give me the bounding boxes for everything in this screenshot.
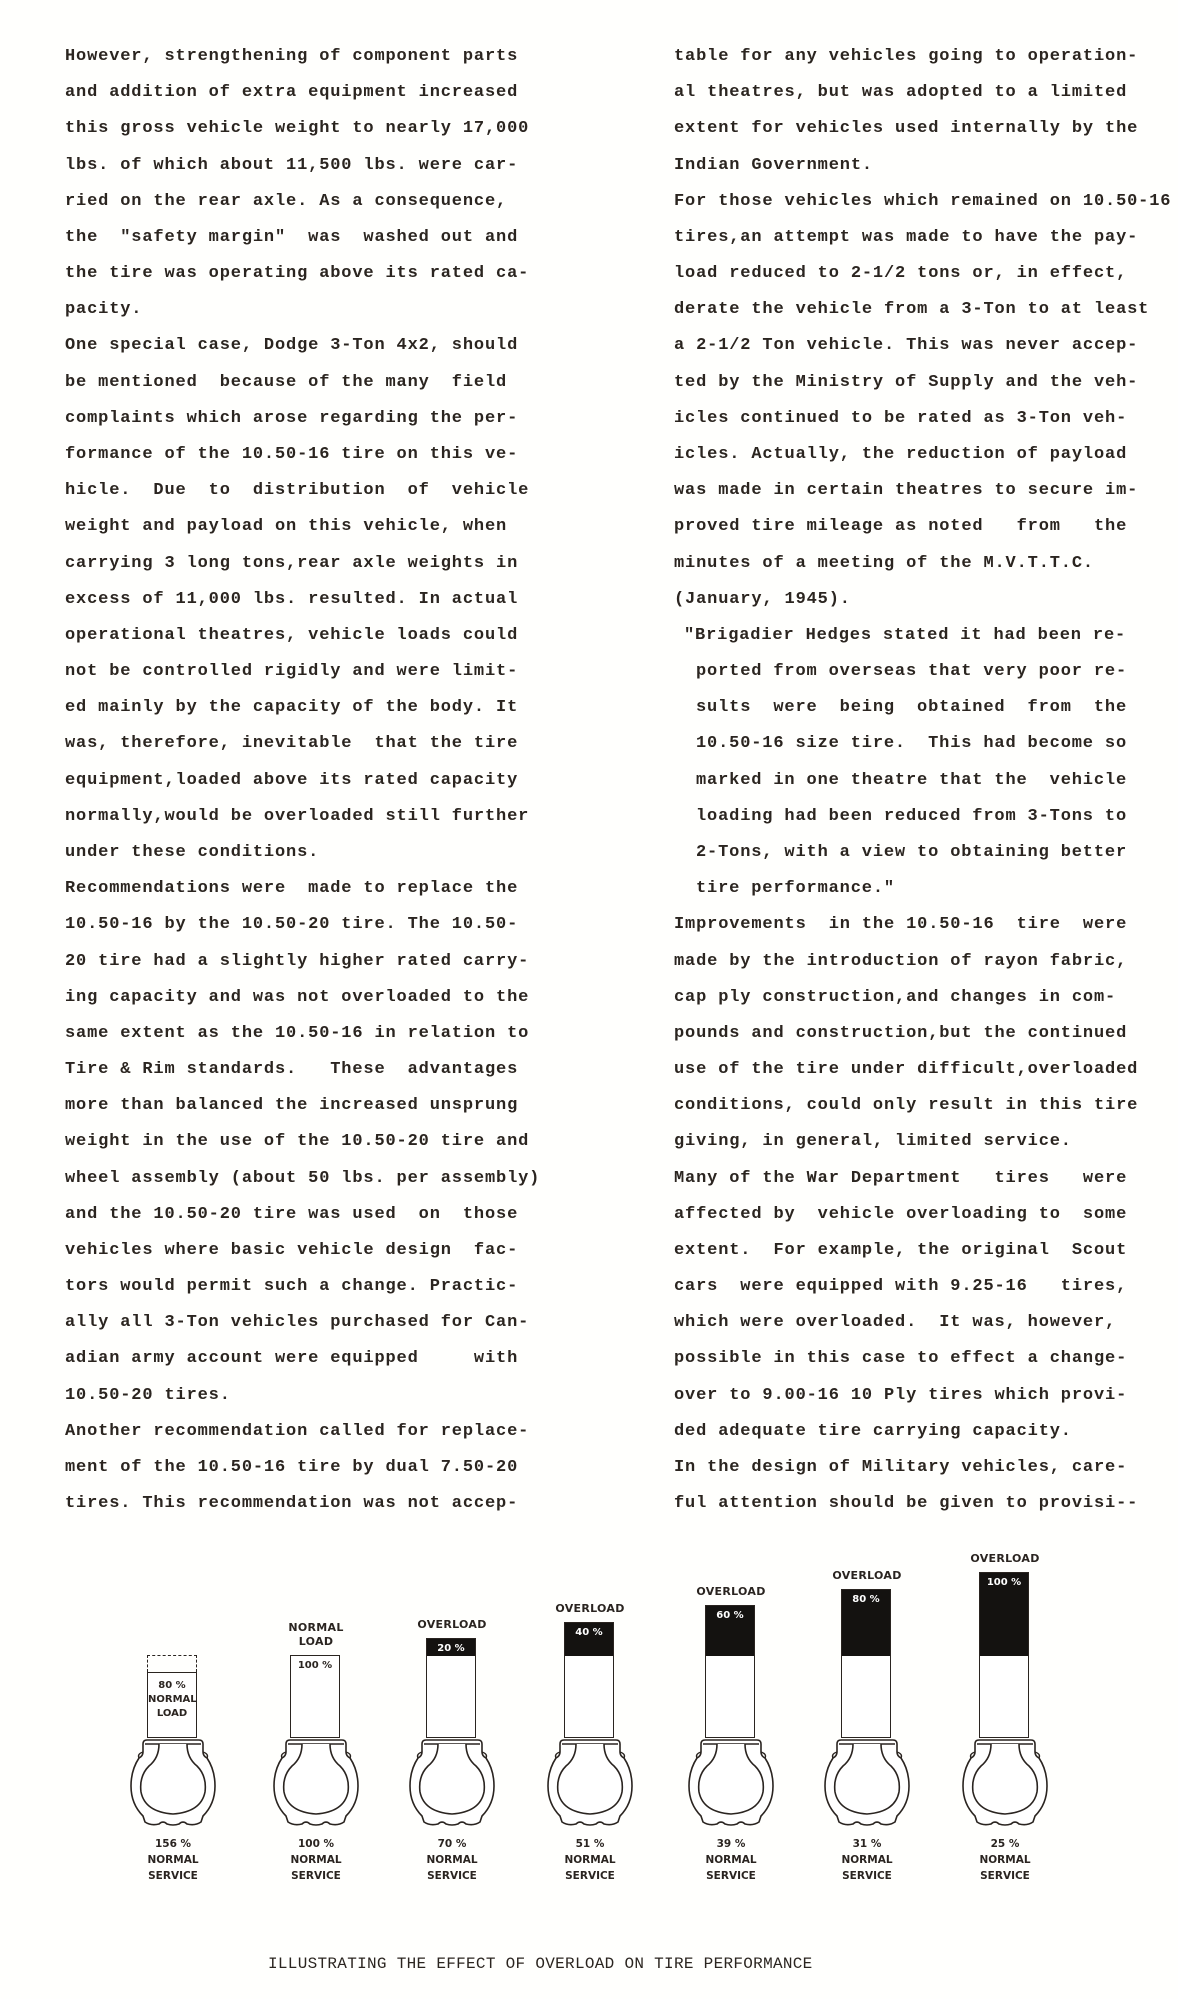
text-line: ted by the Ministry of Supply and the ve… [674, 373, 1138, 393]
text-line: table for any vehicles going to operatio… [674, 47, 1138, 67]
text-line: loading had been reduced from 3-Tons to [696, 807, 1127, 827]
load-percent-label: 80 % [842, 1594, 890, 1606]
load-label: OVERLOAD [392, 1618, 512, 1632]
load-percent-label: 100 % [980, 1577, 1028, 1589]
text-line: the "safety margin" was washed out and [65, 228, 518, 248]
service-label-2: SERVICE [945, 1868, 1065, 1884]
text-line: operational theatres, vehicle loads coul… [65, 626, 518, 646]
text-line: tires,an attempt was made to have the pa… [674, 228, 1138, 248]
text-line: load reduced to 2-1/2 tons or, in effect… [674, 264, 1127, 284]
text-line: 2-Tons, with a view to obtaining better [696, 843, 1127, 863]
text-line: One special case, Dodge 3-Ton 4x2, shoul… [65, 336, 518, 356]
text-line: same extent as the 10.50-16 in relation … [65, 1024, 529, 1044]
text-line: conditions, could only result in this ti… [674, 1096, 1138, 1116]
text-line: more than balanced the increased unsprun… [65, 1096, 518, 1116]
text-line: was made in certain theatres to secure i… [674, 481, 1138, 501]
text-line: icles. Actually, the reduction of payloa… [674, 445, 1127, 465]
text-line: "Brigadier Hedges stated it had been re- [684, 626, 1126, 646]
text-line: this gross vehicle weight to nearly 17,0… [65, 119, 529, 139]
service-label-1: NORMAL [807, 1852, 927, 1868]
load-percent-label: 40 % [565, 1627, 613, 1639]
service-percent: 51 % [530, 1836, 650, 1852]
text-line: lbs. of which about 11,500 lbs. were car… [65, 156, 518, 176]
load-percent-label: 20 % [427, 1643, 475, 1655]
load-label: OVERLOAD [945, 1552, 1065, 1566]
text-line: hicle. Due to distribution of vehicle [65, 481, 529, 501]
service-label-2: SERVICE [113, 1868, 233, 1884]
text-line: (January, 1945). [674, 590, 851, 610]
tire-cross-section-icon [129, 1736, 217, 1828]
load-bar: 20 % [426, 1638, 476, 1738]
text-line: and the 10.50-20 tire was used on those [65, 1205, 518, 1225]
tire-cross-section-icon [272, 1736, 360, 1828]
tire-cross-section-icon [961, 1736, 1049, 1828]
text-line: tors would permit such a change. Practic… [65, 1277, 518, 1297]
tire-illustration: 80 %NORMALLOAD 156 %NORMALSERVICE [113, 1540, 233, 1900]
service-label-1: NORMAL [256, 1852, 376, 1868]
text-line: 10.50-16 by the 10.50-20 tire. The 10.50… [65, 915, 518, 935]
document-page: However, strengthening of component part… [0, 0, 1178, 1999]
text-line: tires. This recommendation was not accep… [65, 1494, 518, 1514]
service-life-label: 51 %NORMALSERVICE [530, 1836, 650, 1884]
service-label-2: SERVICE [256, 1868, 376, 1884]
text-line: be mentioned because of the many field [65, 373, 507, 393]
load-bar: 100 % [290, 1655, 340, 1738]
service-life-label: 156 %NORMALSERVICE [113, 1836, 233, 1884]
text-line: marked in one theatre that the vehicle [696, 771, 1127, 791]
tire-illustration: OVERLOAD100 % 25 %NORMALSERVICE [945, 1540, 1065, 1900]
text-line: vehicles where basic vehicle design fac- [65, 1241, 518, 1261]
service-label-2: SERVICE [392, 1868, 512, 1884]
text-line: and addition of extra equipment increase… [65, 83, 518, 103]
load-bar: 60 % [705, 1605, 755, 1738]
service-percent: 100 % [256, 1836, 376, 1852]
service-life-label: 25 %NORMALSERVICE [945, 1836, 1065, 1884]
service-label-2: SERVICE [530, 1868, 650, 1884]
tire-illustration: OVERLOAD20 % 70 %NORMALSERVICE [392, 1540, 512, 1900]
load-label: NORMALLOAD [256, 1621, 376, 1649]
text-line: In the design of Military vehicles, care… [674, 1458, 1127, 1478]
service-percent: 39 % [671, 1836, 791, 1852]
load-label: OVERLOAD [530, 1602, 650, 1616]
figure-caption: ILLUSTRATING THE EFFECT OF OVERLOAD ON T… [268, 1955, 813, 1973]
text-line: use of the tire under difficult,overload… [674, 1060, 1138, 1080]
normal-load-outline [147, 1655, 197, 1672]
text-line: ded adequate tire carrying capacity. [674, 1422, 1072, 1442]
load-bar: 100 % [979, 1572, 1029, 1738]
text-line: 10.50-20 tires. [65, 1386, 231, 1406]
text-line: under these conditions. [65, 843, 319, 863]
service-life-label: 39 %NORMALSERVICE [671, 1836, 791, 1884]
load-bar: 40 % [564, 1622, 614, 1738]
text-line: wheel assembly (about 50 lbs. per assemb… [65, 1169, 540, 1189]
tire-cross-section-icon [823, 1736, 911, 1828]
text-line: pacity. [65, 300, 142, 320]
text-line: weight and payload on this vehicle, when [65, 517, 507, 537]
service-label-1: NORMAL [392, 1852, 512, 1868]
text-line: affected by vehicle overloading to some [674, 1205, 1127, 1225]
load-percent-label: 100 % [291, 1660, 339, 1672]
text-line: al theatres, but was adopted to a limite… [674, 83, 1127, 103]
service-percent: 31 % [807, 1836, 927, 1852]
text-line: carrying 3 long tons,rear axle weights i… [65, 554, 518, 574]
text-line: extent for vehicles used internally by t… [674, 119, 1138, 139]
load-bar: 80 %NORMALLOAD [147, 1672, 197, 1738]
load-label: OVERLOAD [807, 1569, 927, 1583]
text-line: derate the vehicle from a 3-Ton to at le… [674, 300, 1149, 320]
text-line: Many of the War Department tires were [674, 1169, 1127, 1189]
text-line: ported from overseas that very poor re- [696, 662, 1127, 682]
text-line: cars were equipped with 9.25-16 tires, [674, 1277, 1127, 1297]
text-line: which were overloaded. It was, however, [674, 1313, 1116, 1333]
text-line: over to 9.00-16 10 Ply tires which provi… [674, 1386, 1127, 1406]
text-line: equipment,loaded above its rated capacit… [65, 771, 518, 791]
tire-cross-section-icon [687, 1736, 775, 1828]
text-line: However, strengthening of component part… [65, 47, 518, 67]
text-line: not be controlled rigidly and were limit… [65, 662, 518, 682]
text-line: ing capacity and was not overloaded to t… [65, 988, 529, 1008]
text-line: Tire & Rim standards. These advantages [65, 1060, 518, 1080]
text-line: ally all 3-Ton vehicles purchased for Ca… [65, 1313, 529, 1333]
service-percent: 70 % [392, 1836, 512, 1852]
text-line: ment of the 10.50-16 tire by dual 7.50-2… [65, 1458, 518, 1478]
text-line: For those vehicles which remained on 10.… [674, 192, 1171, 212]
text-line: cap ply construction,and changes in com- [674, 988, 1116, 1008]
load-percent-label: 60 % [706, 1610, 754, 1622]
text-line: made by the introduction of rayon fabric… [674, 952, 1127, 972]
text-line: ried on the rear axle. As a consequence, [65, 192, 507, 212]
tire-overload-diagram: 80 %NORMALLOAD 156 %NORMALSERVICENORMALL… [0, 1540, 1178, 1900]
service-label-2: SERVICE [807, 1868, 927, 1884]
service-label-1: NORMAL [671, 1852, 791, 1868]
text-line: excess of 11,000 lbs. resulted. In actua… [65, 590, 518, 610]
service-label-1: NORMAL [945, 1852, 1065, 1868]
load-label: OVERLOAD [671, 1585, 791, 1599]
load-bar: 80 % [841, 1589, 891, 1738]
service-life-label: 31 %NORMALSERVICE [807, 1836, 927, 1884]
text-line: giving, in general, limited service. [674, 1132, 1072, 1152]
service-percent: 25 % [945, 1836, 1065, 1852]
tire-cross-section-icon [408, 1736, 496, 1828]
tire-illustration: NORMALLOAD100 % 100 %NORMALSERVICE [256, 1540, 376, 1900]
tire-cross-section-icon [546, 1736, 634, 1828]
tire-illustration: OVERLOAD80 % 31 %NORMALSERVICE [807, 1540, 927, 1900]
load-percent-label: 80 %NORMALLOAD [148, 1679, 196, 1721]
text-line: 20 tire had a slightly higher rated carr… [65, 952, 529, 972]
text-line: Improvements in the 10.50-16 tire were [674, 915, 1127, 935]
text-line: a 2-1/2 Ton vehicle. This was never acce… [674, 336, 1138, 356]
text-line: weight in the use of the 10.50-20 tire a… [65, 1132, 529, 1152]
service-percent: 156 % [113, 1836, 233, 1852]
text-line: normally,would be overloaded still furth… [65, 807, 529, 827]
text-line: minutes of a meeting of the M.V.T.T.C. [674, 554, 1094, 574]
service-label-1: NORMAL [113, 1852, 233, 1868]
service-label-2: SERVICE [671, 1868, 791, 1884]
text-line: sults were being obtained from the [696, 698, 1127, 718]
text-line: was, therefore, inevitable that the tire [65, 734, 518, 754]
text-line: complaints which arose regarding the per… [65, 409, 518, 429]
text-line: Another recommendation called for replac… [65, 1422, 529, 1442]
text-line: proved tire mileage as noted from the [674, 517, 1127, 537]
text-line: 10.50-16 size tire. This had become so [696, 734, 1127, 754]
text-line: formance of the 10.50-16 tire on this ve… [65, 445, 518, 465]
tire-illustration: OVERLOAD40 % 51 %NORMALSERVICE [530, 1540, 650, 1900]
service-life-label: 70 %NORMALSERVICE [392, 1836, 512, 1884]
text-line: icles continued to be rated as 3-Ton veh… [674, 409, 1127, 429]
text-line: pounds and construction,but the continue… [674, 1024, 1127, 1044]
text-line: ful attention should be given to provisi… [674, 1494, 1138, 1514]
tire-illustration: OVERLOAD60 % 39 %NORMALSERVICE [671, 1540, 791, 1900]
text-line: adian army account were equipped with [65, 1349, 518, 1369]
text-line: Indian Government. [674, 156, 873, 176]
service-label-1: NORMAL [530, 1852, 650, 1868]
text-line: extent. For example, the original Scout [674, 1241, 1127, 1261]
service-life-label: 100 %NORMALSERVICE [256, 1836, 376, 1884]
text-line: Recommendations were made to replace the [65, 879, 518, 899]
text-line: tire performance." [696, 879, 895, 899]
text-line: the tire was operating above its rated c… [65, 264, 529, 284]
text-line: ed mainly by the capacity of the body. I… [65, 698, 518, 718]
text-line: possible in this case to effect a change… [674, 1349, 1127, 1369]
